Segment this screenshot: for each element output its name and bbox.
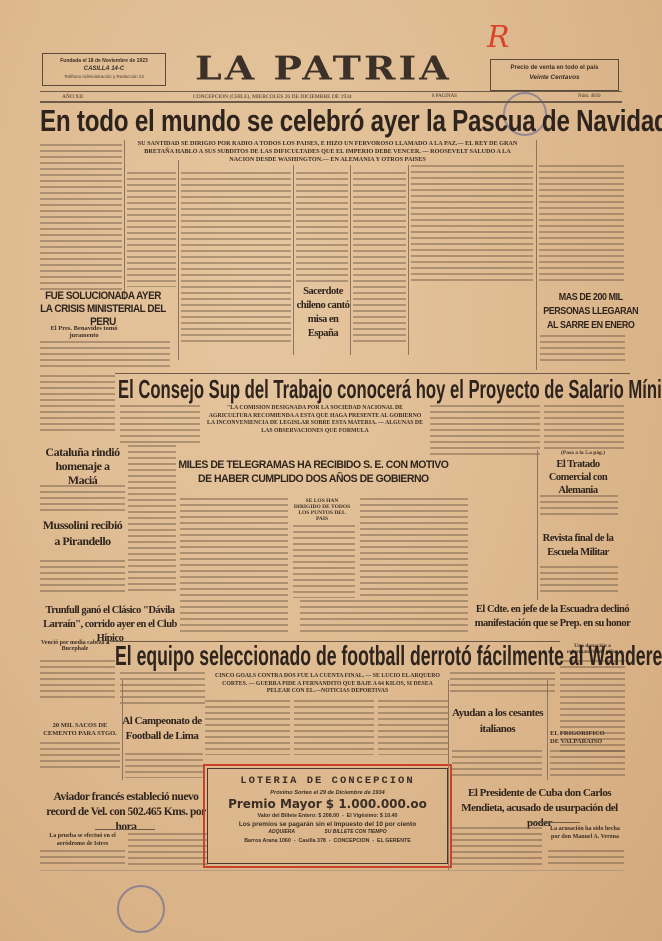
lottery-tax-note: Los premios se pagarán sin el Impuesto d… bbox=[205, 821, 450, 828]
headline-navidad: En todo el mundo se celebró ayer la Pasc… bbox=[40, 103, 662, 139]
lottery-prize: Premio Mayor $ 1.000.000.oo bbox=[205, 797, 450, 811]
headline-escuadra: El Cdte. en jefe de la Escuadra declinó … bbox=[470, 603, 635, 631]
text-consejo-col1b bbox=[128, 445, 176, 595]
headline-sacerdote: Sacerdote chileno cantó misa en España bbox=[294, 285, 352, 341]
text-consejo-left bbox=[40, 375, 115, 435]
text-revista bbox=[540, 566, 618, 596]
lottery-footer: Barros Arana 1060 - Casilla 378 - CONCEP… bbox=[205, 838, 450, 844]
text-italianos bbox=[452, 750, 542, 780]
dateline: CONCEPCION (CHILE), MIERCOLES 26 DE DICI… bbox=[193, 94, 352, 100]
text-telegramas-col2 bbox=[293, 525, 355, 598]
price-label: Precio de venta en todo el país bbox=[491, 65, 618, 71]
pencil-annotation: R bbox=[487, 20, 510, 55]
text-consejo-col2 bbox=[430, 405, 540, 455]
headline-tratado: El Tratado Comercial con Alemania bbox=[538, 458, 618, 497]
text-frigorifico bbox=[550, 750, 625, 780]
newspaper-title: LA PATRIA bbox=[195, 49, 452, 87]
headline-peru: FUE SOLUCIONADA AYER LA CRISIS MINISTERI… bbox=[40, 290, 166, 329]
text-consejo-col1 bbox=[120, 405, 200, 443]
lottery-prices: Valor del Billete Entero: $ 208.00 - El … bbox=[205, 813, 450, 819]
text-navidad-col6 bbox=[411, 165, 533, 285]
headline-mussolini: Mussolini recibió a Pirandello bbox=[40, 517, 125, 549]
lottery-ad: LOTERIA DE CONCEPCION Próximo Sorteo el … bbox=[203, 764, 452, 868]
text-football-col2 bbox=[205, 700, 290, 755]
text-navidad-col1 bbox=[40, 144, 122, 292]
text-navidad-col5 bbox=[353, 172, 406, 342]
headline-cataluna: Cataluña rindió homenaje a Maciá bbox=[40, 445, 125, 487]
text-telegramas-col1b bbox=[180, 600, 288, 635]
headline-revista: Revista final de la Escuela Militar bbox=[538, 532, 618, 560]
text-aviador-col2 bbox=[128, 833, 208, 867]
text-mussolini bbox=[40, 560, 125, 596]
subhead-aviador: La prueba se efectuó en el aeródromo de … bbox=[40, 833, 125, 848]
deck-navidad: SU SANTIDAD SE DIRIGIO POR RADIO A TODOS… bbox=[135, 140, 520, 164]
headline-cuba: El Presidente de Cuba don Carlos Mendiet… bbox=[452, 786, 627, 831]
library-stamp-bottom-icon bbox=[117, 885, 165, 933]
deck-consejo: "LA COMISION DESIGNADA POR LA SOCIEDAD N… bbox=[205, 405, 425, 435]
price-box: Precio de venta en todo el país Veinte C… bbox=[490, 59, 619, 91]
text-lima bbox=[125, 753, 203, 778]
text-cataluna bbox=[40, 485, 125, 513]
text-sarre bbox=[540, 335, 625, 365]
lottery-title: LOTERIA DE CONCEPCION bbox=[205, 775, 450, 787]
subhead-cuba: La acusación ha sido hecha por don Manue… bbox=[546, 826, 624, 841]
page-count: 8 PAGINAS bbox=[432, 94, 457, 99]
headline-telegramas: MILES DE TELEGRAMAS HA RECIBIDO S. E. CO… bbox=[178, 458, 449, 486]
slogan-left: ADQUIERA bbox=[268, 829, 295, 835]
text-cemento bbox=[40, 742, 120, 772]
year-label: AÑO XII bbox=[62, 94, 83, 100]
text-cuba bbox=[452, 827, 542, 867]
headline-cemento: 20 MIL SACOS DE CEMENTO PARA STGO. bbox=[40, 722, 120, 738]
headline-lima: Al Campeonato de Football de Lima bbox=[122, 714, 202, 744]
text-telegramas-col3 bbox=[360, 498, 468, 598]
text-cuba-col2 bbox=[548, 850, 624, 868]
text-peru bbox=[40, 341, 170, 371]
founding-box: Fundada el 18 de Noviembre de 1923 CASIL… bbox=[42, 53, 166, 86]
text-football-col3 bbox=[294, 700, 374, 755]
text-navidad-col2 bbox=[127, 172, 176, 287]
text-telegramas-col3b bbox=[300, 600, 468, 635]
founding-date: Fundada el 18 de Noviembre de 1923 bbox=[43, 58, 165, 64]
price-value: Veinte Centavos bbox=[491, 74, 618, 81]
casilla: CASILLA 14-C bbox=[43, 66, 165, 72]
text-tratado bbox=[540, 495, 618, 519]
deck-football: CINCO GOALS CONTRA DOS FUE LA CUENTA FIN… bbox=[210, 673, 445, 696]
continued-note: (Pasa a la 5.a pág.) bbox=[548, 450, 618, 456]
subhead-trunfull: Venció por media cabeza a Bucephale bbox=[40, 640, 110, 652]
text-navidad-col3 bbox=[181, 172, 291, 342]
headline-sarre: MAS DE 200 MIL PERSONAS LLEGARAN AL SARR… bbox=[538, 290, 643, 332]
headline-football: El equipo seleccionado de football derro… bbox=[115, 640, 662, 672]
text-trunfull bbox=[40, 660, 115, 700]
deck-telegramas: SE LOS HAN DIRIGIDO DE TODOS LOS PUNTOS … bbox=[292, 498, 352, 522]
headline-frigorifico: EL FRIGORIFICO DE VALPARAISO bbox=[550, 730, 615, 746]
text-aviador-col1 bbox=[40, 850, 125, 868]
telefono: Teléfono Administración y Redacción 23 bbox=[43, 74, 165, 79]
slogan-right: SU BILLETE CON TIEMPO bbox=[324, 829, 386, 835]
text-navidad-col7 bbox=[539, 165, 624, 285]
text-navidad-col4 bbox=[296, 172, 348, 282]
issue-number: Núm. 4050 bbox=[578, 94, 601, 99]
lottery-draw-date: Próximo Sorteo el 29 de Diciembre de 193… bbox=[205, 790, 450, 796]
text-football-col1 bbox=[120, 672, 205, 704]
headline-consejo: El Consejo Sup del Trabajo conocerá hoy … bbox=[118, 374, 662, 405]
headline-italianos: Ayudan a los cesantes italianos bbox=[450, 705, 545, 737]
subhead-peru: El Pres. Benavides tomó juramento bbox=[40, 325, 128, 339]
lottery-slogan: ADQUIERA SU BILLETE CON TIEMPO bbox=[205, 829, 450, 835]
text-football-col4 bbox=[378, 700, 448, 755]
text-telegramas-col1 bbox=[180, 498, 288, 598]
text-consejo-col3 bbox=[544, 405, 624, 450]
text-football-col5 bbox=[450, 672, 555, 694]
